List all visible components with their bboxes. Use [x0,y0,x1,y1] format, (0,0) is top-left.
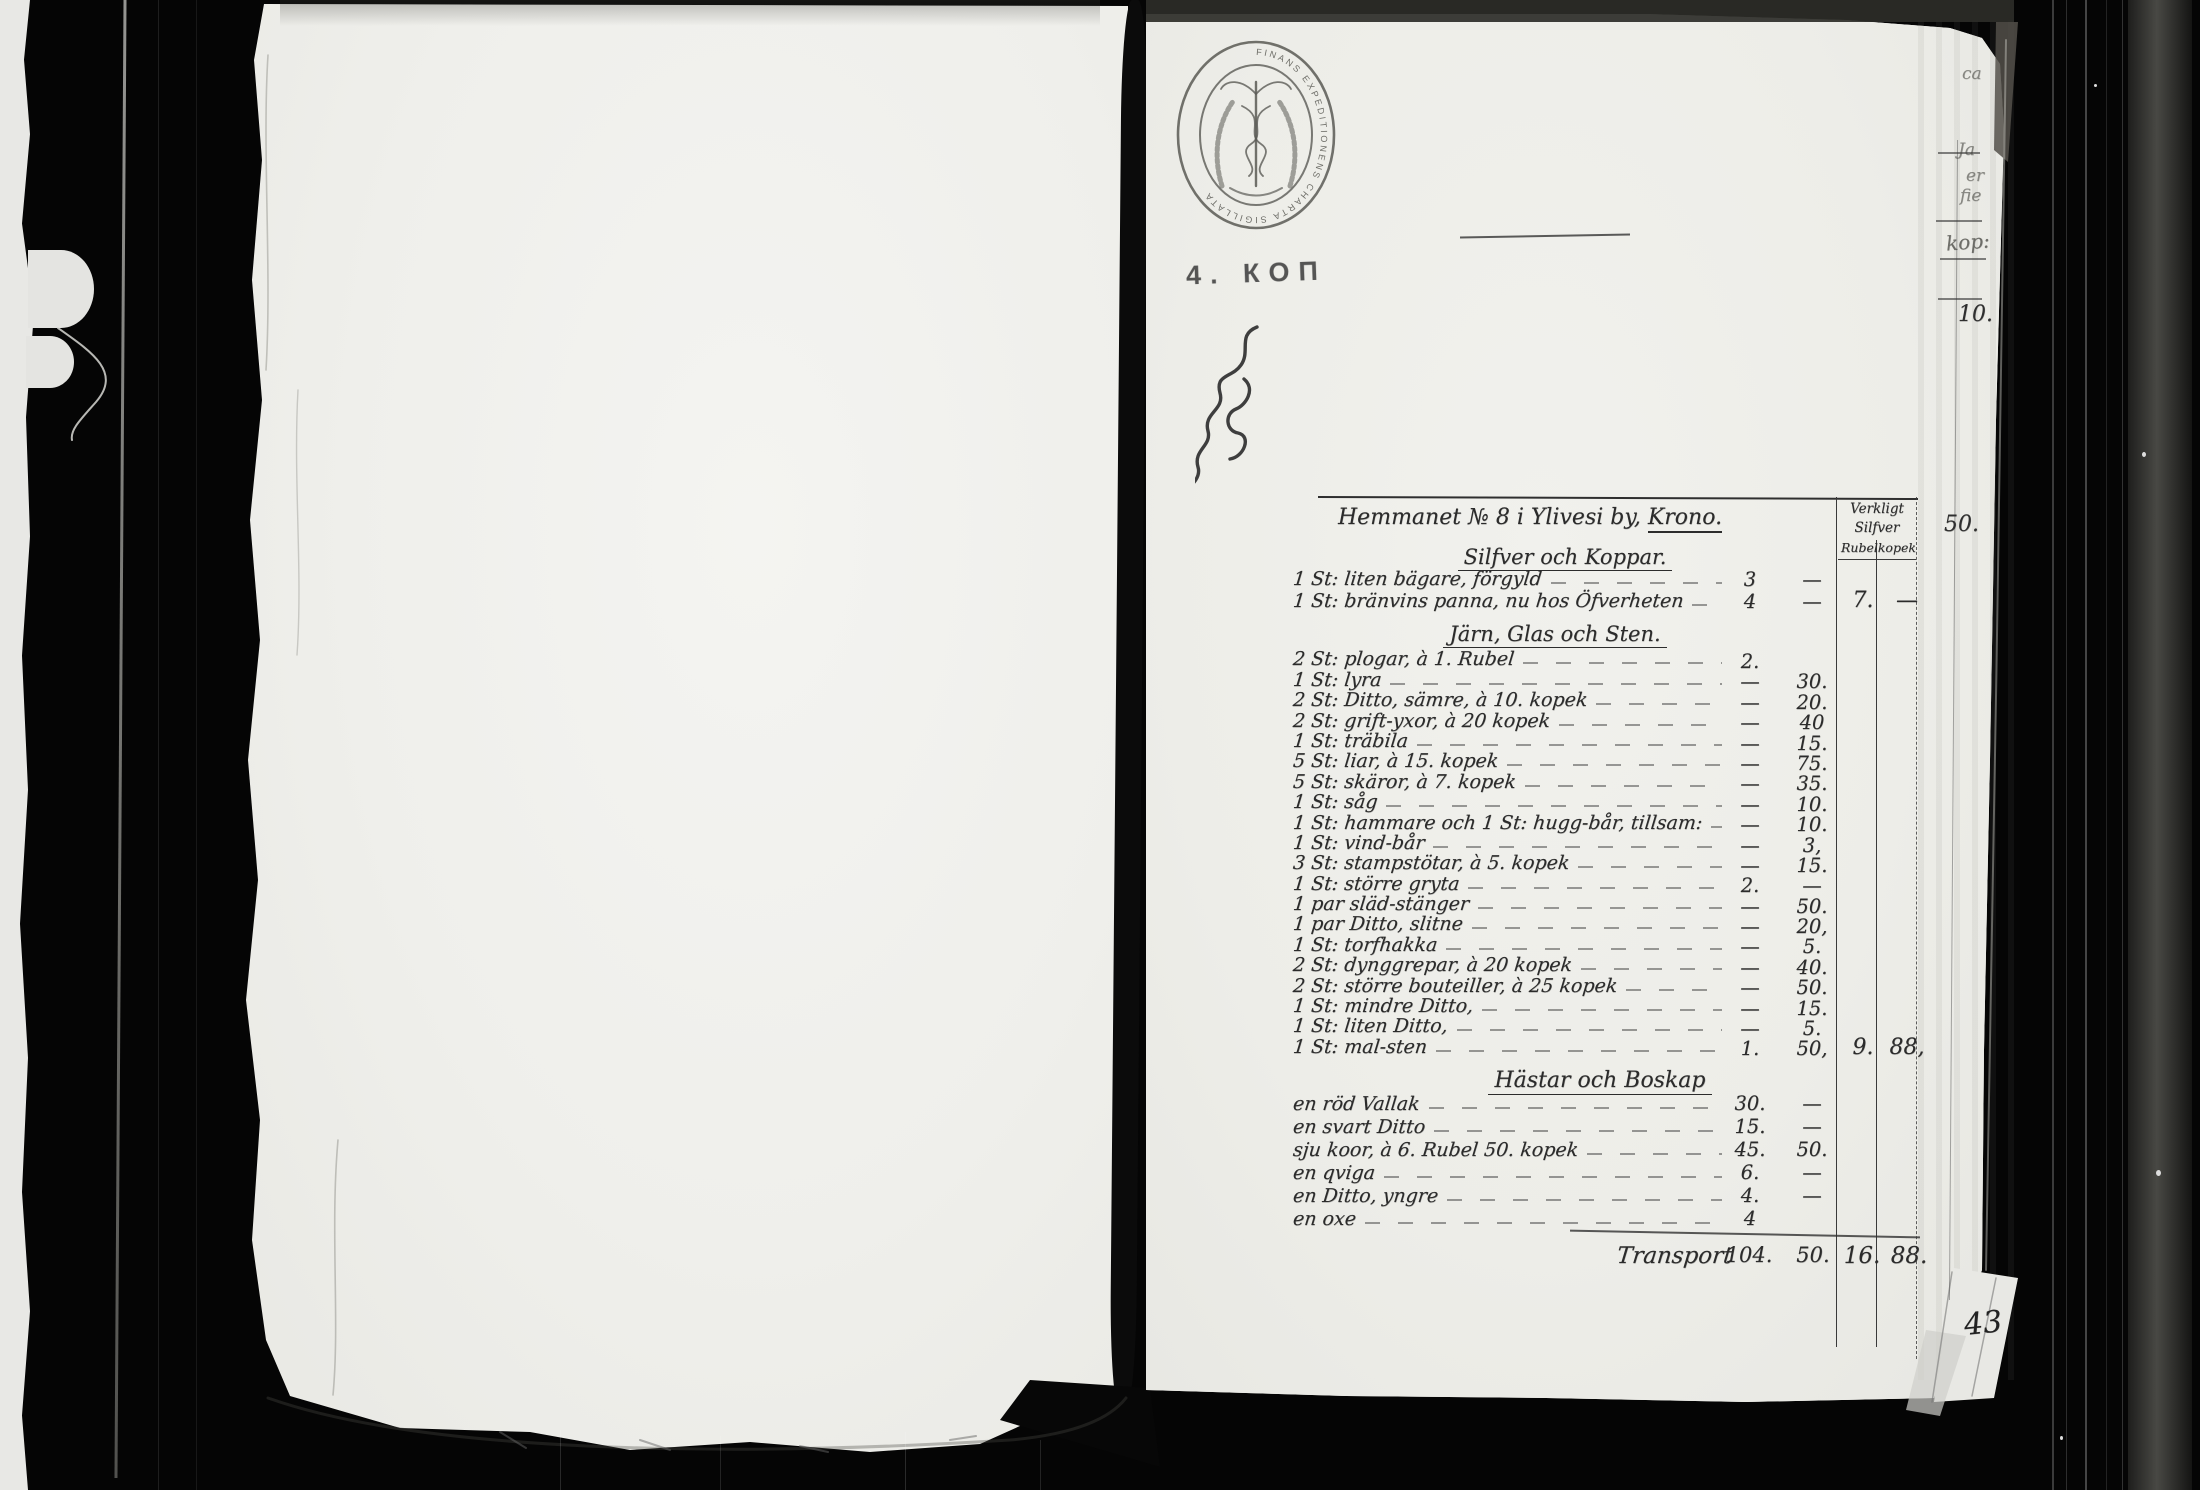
inventory-row: 1 St: liten Ditto, —5. [1292,1017,1932,1037]
estate-name: Hemmanet № 8 i Ylivesi by, [1338,505,1648,530]
inventory-row: en Ditto, yngre 4.— [1292,1184,1932,1207]
margin-fragment: Ja [1958,140,1975,160]
inventory-row: 1 St: lyra —30. [1292,670,1932,690]
page-number: 43 [1962,1304,2004,1343]
inventory-row: en svart Ditto 15.— [1292,1115,1932,1138]
film-grey-band [2128,0,2192,1490]
adjacent-cell-tick [1936,220,1982,222]
transport-row: Transport 104. 50. 16. 88. [1292,1243,1932,1273]
film-scratch [196,0,197,1490]
left-blank-page [230,0,1130,1462]
inventory-row: 2 St: plogar, à 1. Rubel 2. [1292,650,1932,670]
film-scratch [2085,0,2087,1490]
film-edge-blob [26,336,74,388]
dust-speck [2094,84,2097,87]
margin-number: 50. [1944,512,1979,537]
adjacent-cell-tick [1940,258,1986,260]
wreath-base [1230,188,1282,196]
adjacent-cell-tick [1938,298,1982,300]
margin-fragment-kop: kop: [1945,229,1990,256]
inventory-row: en oxe 4 [1292,1207,1932,1230]
unit-kopek: kopek [1878,538,1916,557]
transport-silver-rubel: 16. [1840,1243,1884,1269]
inventory-row: en qviga 6.— [1292,1161,1932,1184]
inventory-title: Hemmanet № 8 i Ylivesi by, Krono. [1338,505,1722,530]
margin-scribble [1195,315,1305,510]
inventory-row: 5 St: skäror, à 7. kopek —35. [1292,772,1932,792]
margin-fragment: ca [1962,64,1982,84]
inventory-row: 2 St: Ditto, sämre, à 10. kopek —20. [1292,691,1932,711]
section-heading-livestock: Hästar och Boskap [1430,1068,1770,1093]
silver-value-column-header: Verkligt Silfver Rubel kopek [1838,500,1916,560]
rows-iron: 2 St: plogar, à 1. Rubel 2. 1 St: lyra —… [1292,650,1932,1058]
inventory-row: 1 St: vind-bår —3, [1292,834,1932,854]
inventory-row: sju koor, à 6. Rubel 50. kopek 45.50. [1292,1138,1932,1161]
tenure-label: Krono. [1648,505,1722,533]
inventory-row: 2 St: grift-yxor, à 20 kopek —40 [1292,711,1932,731]
dust-speck [2142,452,2146,457]
inventory-row: 1 St: mindre Ditto, —15. [1292,997,1932,1017]
film-scratch [560,1430,561,1490]
film-scratch [2122,0,2123,1490]
transport-rubel: 104. [1716,1243,1782,1267]
inventory-row: en röd Vallak 30.— [1292,1092,1932,1115]
dust-speck [2060,1436,2063,1440]
transport-silver-kopek: 88. [1886,1243,1932,1269]
inventory-row: 1 par Ditto, slitne —20, [1292,915,1932,935]
film-scratch [2066,0,2067,1490]
inventory-row: 1 St: större gryta 2.— [1292,874,1932,894]
film-edge-strip [0,0,34,1490]
margin-fragment: er [1966,166,1984,186]
microfilm-frame: FINANS EXPEDITIONENS CHARTA SIGILLATA 4.… [0,0,2200,1490]
protocol-text [1324,59,1999,455]
inventory-row: 3 St: stampstötar, à 5. kopek —15. [1292,854,1932,874]
film-scratch [2106,0,2107,1490]
inventory-row: 1 St: mal-sten 1.50, 9.88, [1292,1037,1932,1057]
film-scratch [1040,1440,1041,1490]
inventory-row: 2 St: dynggrepar, à 20 kopek —40. [1292,956,1932,976]
margin-number: 10. [1958,302,1993,327]
page-top-shadow [280,0,1100,26]
section-heading-silver: Silfver och Koppar. [1400,545,1730,569]
value-header-line1: Verkligt [1838,500,1916,519]
transport-kopek: 50. [1786,1243,1840,1267]
film-scratch [2052,0,2054,1490]
rows-livestock: en röd Vallak 30.— en svart Ditto 15.— s… [1292,1092,1932,1230]
film-scratch [720,1436,721,1490]
cover-top-band [1146,0,2014,22]
rows-silver: 1 St: liten bägare, förgyld 3— 1 St: brä… [1292,568,1932,612]
duty-stamp: 4. КОП [1186,256,1328,292]
margin-fragment: fie [1960,186,1981,206]
inventory-row: 2 St: större bouteiller, à 25 kopek —50. [1292,976,1932,996]
inventory-row: 1 St: liten bägare, förgyld 3— [1292,568,1932,590]
inventory-row: 1 St: träbila —15. [1292,732,1932,752]
film-scratch [905,1432,906,1490]
unit-rubel: Rubel [1841,538,1878,557]
inventory-row: 1 St: bränvins panna, nu hos Öfverheten … [1292,590,1932,612]
section-heading-iron: Järn, Glas och Sten. [1390,622,1720,646]
inventory-row: 1 St: hammare och 1 St: hugg-bår, tillsa… [1292,813,1932,833]
inventory-row: 1 St: torfhakka —5. [1292,935,1932,955]
inventory-row: 5 St: liar, à 15. kopek —75. [1292,752,1932,772]
value-header-line2: Silfver [1838,519,1916,538]
inventory-row: 1 St: såg —10. [1292,793,1932,813]
film-edge-blob [28,250,94,328]
dust-speck [2156,1170,2161,1176]
spine-highlight-line [114,0,126,1478]
wreath-left [1217,100,1234,186]
film-scratch [158,0,159,1490]
official-seal-icon: FINANS EXPEDITIONENS CHARTA SIGILLATA [1172,36,1340,234]
wreath-right [1278,100,1295,186]
